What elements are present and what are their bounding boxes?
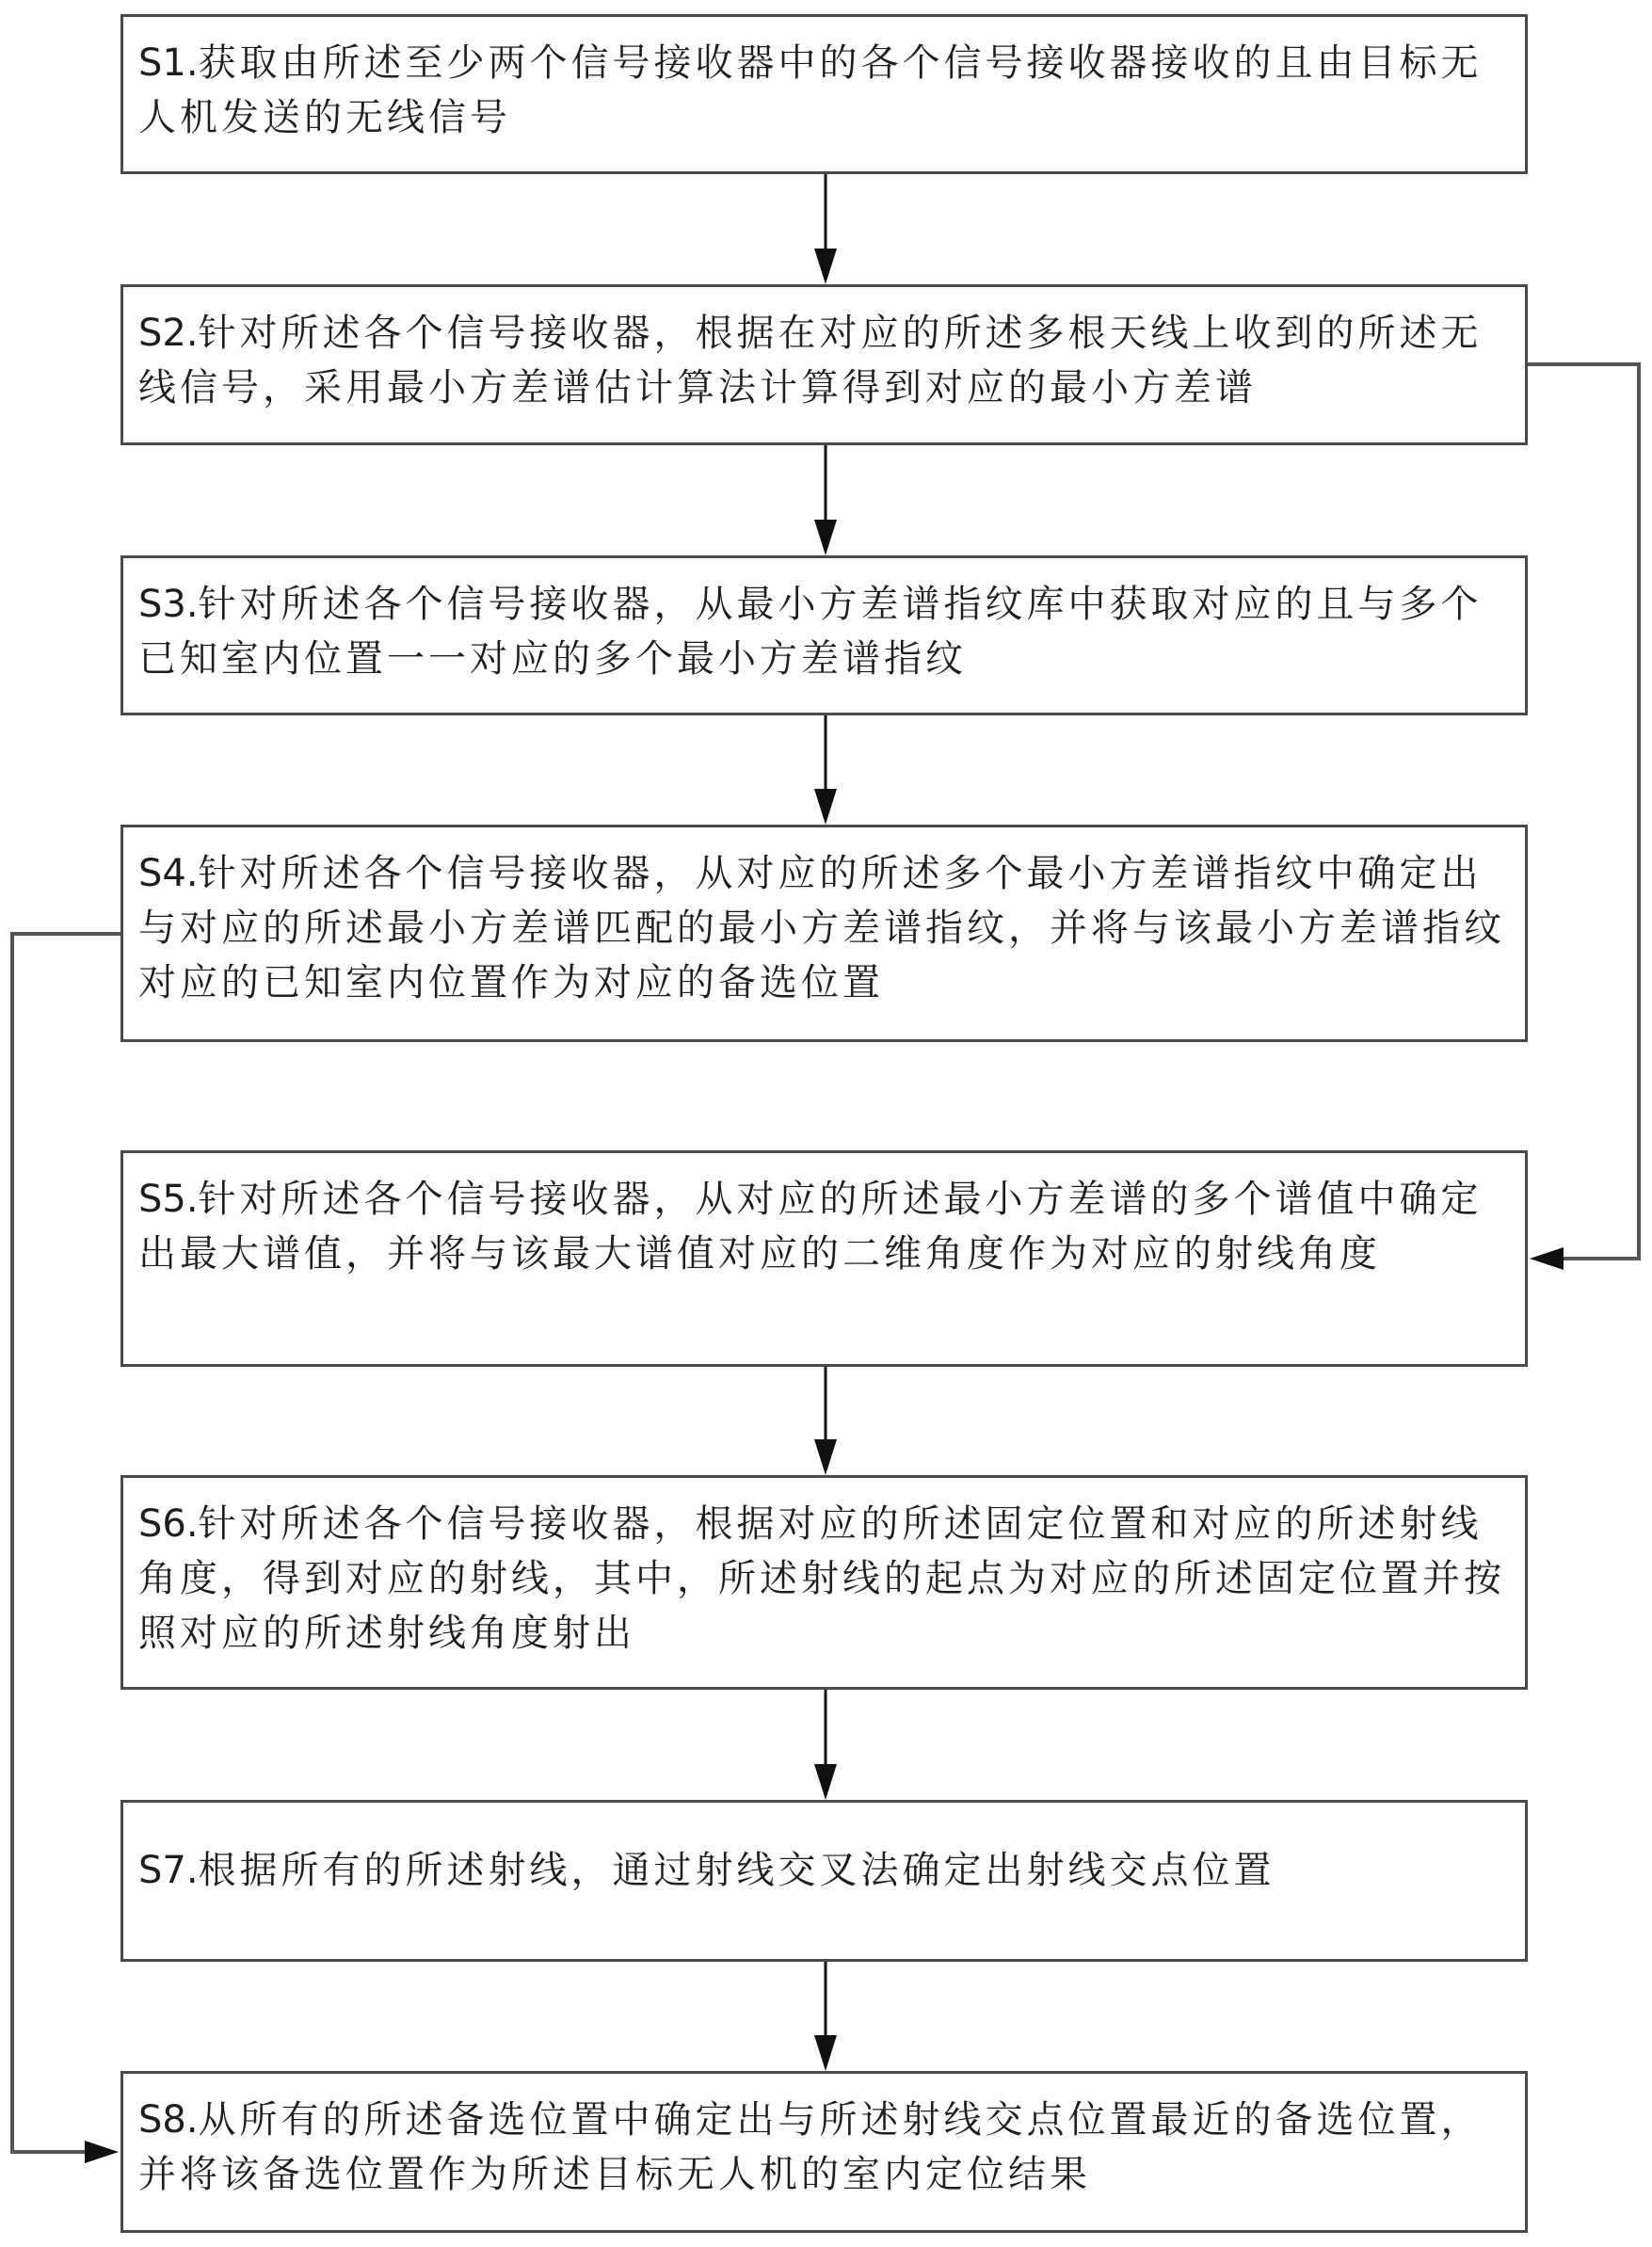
- step-text-s4: S4.针对所述各个信号接收器，从对应的所述多个最小方差谱指纹中确定出与对应的所述…: [138, 846, 1508, 1010]
- flowchart-canvas: S1.获取由所述至少两个信号接收器中的各个信号接收器接收的且由目标无人机发送的无…: [0, 0, 1652, 2247]
- step-text-s8: S8.从所有的所述备选位置中确定出与所述射线交点位置最近的备选位置，并将该备选位…: [138, 2093, 1508, 2202]
- arrowhead-down-icon: [814, 249, 837, 284]
- arrowhead-down-icon: [814, 2035, 837, 2071]
- arrowhead-left-icon: [1530, 1247, 1564, 1270]
- arrowhead-down-icon: [814, 520, 837, 555]
- step-text-s5: S5.针对所述各个信号接收器，从对应的所述最小方差谱的多个谱值中确定出最大谱值，…: [138, 1172, 1508, 1281]
- step-box-s6: S6.针对所述各个信号接收器，根据对应的所述固定位置和对应的所述射线角度，得到对…: [120, 1475, 1528, 1690]
- arrowhead-down-icon: [814, 1439, 837, 1475]
- step-box-s3: S3.针对所述各个信号接收器，从最小方差谱指纹库中获取对应的且与多个已知室内位置…: [120, 555, 1528, 715]
- arrow-s6-to-s7: [814, 1690, 837, 1800]
- step-id-s1: S1.: [138, 41, 199, 85]
- step-description-s3: 针对所述各个信号接收器，从最小方差谱指纹库中获取对应的且与多个已知室内位置一一对…: [138, 583, 1483, 681]
- step-description-s7: 根据所有的所述射线，通过射线交叉法确定出射线交点位置: [199, 1849, 1275, 1892]
- step-box-s7: S7.根据所有的所述射线，通过射线交叉法确定出射线交点位置: [120, 1800, 1528, 1962]
- step-id-s5: S5.: [138, 1178, 199, 1221]
- step-box-s5: S5.针对所述各个信号接收器，从对应的所述最小方差谱的多个谱值中确定出最大谱值，…: [120, 1150, 1528, 1367]
- arrow-s7-to-s8: [814, 1962, 837, 2071]
- step-id-s3: S3.: [138, 583, 199, 626]
- step-id-s4: S4.: [138, 852, 199, 895]
- arrow-s1-to-s2: [814, 174, 837, 284]
- step-text-s6: S6.针对所述各个信号接收器，根据对应的所述固定位置和对应的所述射线角度，得到对…: [138, 1497, 1508, 1661]
- step-text-s1: S1.获取由所述至少两个信号接收器中的各个信号接收器接收的且由目标无人机发送的无…: [138, 36, 1508, 145]
- step-description-s6: 针对所述各个信号接收器，根据对应的所述固定位置和对应的所述射线角度，得到对应的射…: [138, 1502, 1505, 1655]
- step-description-s1: 获取由所述至少两个信号接收器中的各个信号接收器接收的且由目标无人机发送的无线信号: [138, 41, 1483, 139]
- step-id-s2: S2.: [138, 312, 199, 355]
- arrow-s4-to-s8-loop: [12, 934, 120, 2163]
- step-box-s1: S1.获取由所述至少两个信号接收器中的各个信号接收器接收的且由目标无人机发送的无…: [120, 14, 1528, 174]
- step-box-s8: S8.从所有的所述备选位置中确定出与所述射线交点位置最近的备选位置，并将该备选位…: [120, 2071, 1528, 2233]
- arrow-s2-to-s3: [814, 445, 837, 555]
- step-text-s2: S2.针对所述各个信号接收器，根据在对应的所述多根天线上收到的所述无线信号，采用…: [138, 306, 1508, 415]
- arrow-s2-to-s5-loop: [1528, 364, 1639, 1270]
- arrow-s3-to-s4: [814, 715, 837, 825]
- arrowhead-down-icon: [814, 789, 837, 825]
- step-id-s7: S7.: [138, 1849, 199, 1892]
- step-description-s5: 针对所述各个信号接收器，从对应的所述最小方差谱的多个谱值中确定出最大谱值，并将与…: [138, 1178, 1483, 1276]
- step-id-s6: S6.: [138, 1502, 199, 1546]
- arrow-s5-to-s6: [814, 1367, 837, 1475]
- step-description-s4: 针对所述各个信号接收器，从对应的所述多个最小方差谱指纹中确定出与对应的所述最小方…: [138, 852, 1505, 1004]
- step-box-s4: S4.针对所述各个信号接收器，从对应的所述多个最小方差谱指纹中确定出与对应的所述…: [120, 825, 1528, 1042]
- arrowhead-right-icon: [85, 2141, 119, 2163]
- step-id-s8: S8.: [138, 2098, 199, 2142]
- step-description-s8: 从所有的所述备选位置中确定出与所述射线交点位置最近的备选位置，并将该备选位置作为…: [138, 2098, 1483, 2196]
- step-text-s7: S7.根据所有的所述射线，通过射线交叉法确定出射线交点位置: [138, 1843, 1275, 1898]
- arrowhead-down-icon: [814, 1764, 837, 1800]
- step-box-s2: S2.针对所述各个信号接收器，根据在对应的所述多根天线上收到的所述无线信号，采用…: [120, 284, 1528, 445]
- step-text-s3: S3.针对所述各个信号接收器，从最小方差谱指纹库中获取对应的且与多个已知室内位置…: [138, 577, 1508, 686]
- step-description-s2: 针对所述各个信号接收器，根据在对应的所述多根天线上收到的所述无线信号，采用最小方…: [138, 312, 1483, 409]
